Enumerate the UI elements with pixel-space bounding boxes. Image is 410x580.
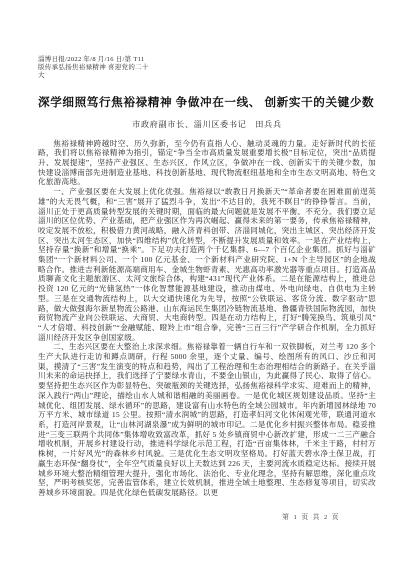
masthead-edition-line-wrap: 大	[38, 72, 376, 80]
page-number-indicator: 第 1 页 共 2 页	[282, 511, 340, 521]
article-title: 深学细照笃行焦裕禄精神 争做冲在一线、 创新实干的关键少数	[38, 94, 376, 110]
newspaper-page: 淄博日报/2022 年/8 月/16 日/第 T11 版传承弘扬焦裕禄精神 喜迎…	[0, 0, 410, 580]
masthead: 淄博日报/2022 年/8 月/16 日/第 T11 版传承弘扬焦裕禄精神 喜迎…	[38, 56, 376, 81]
body-paragraph-section-1: 一、产业强区要在大发展上优化优强。焦裕禄以“敢教日月换新天”“革命者要在困难面前…	[38, 187, 376, 342]
article-body: 焦裕禄精神跨越时空、历久弥新，至今仍有直指人心、触动灵魂的力量。走好新时代的长征…	[38, 139, 376, 498]
body-paragraph-section-2: 二、生态兴区要在大整治上求深求细。焦裕禄靠着一辆自行车和一双铁脚板，对兰考 12…	[38, 342, 376, 497]
masthead-edition-line: 版传承弘扬焦裕禄精神 喜迎党的二十	[38, 64, 376, 72]
article-content: 淄博日报/2022 年/8 月/16 日/第 T11 版传承弘扬焦裕禄精神 喜迎…	[38, 56, 376, 498]
article-byline: 市政府副市长、淄川区委书记 田兵兵	[38, 119, 376, 130]
body-paragraph-intro: 焦裕禄精神跨越时空、历久弥新，至今仍有直指人心、触动灵魂的力量。走好新时代的长征…	[38, 139, 376, 188]
masthead-source-line: 淄博日报/2022 年/8 月/16 日/第 T11	[38, 56, 376, 64]
